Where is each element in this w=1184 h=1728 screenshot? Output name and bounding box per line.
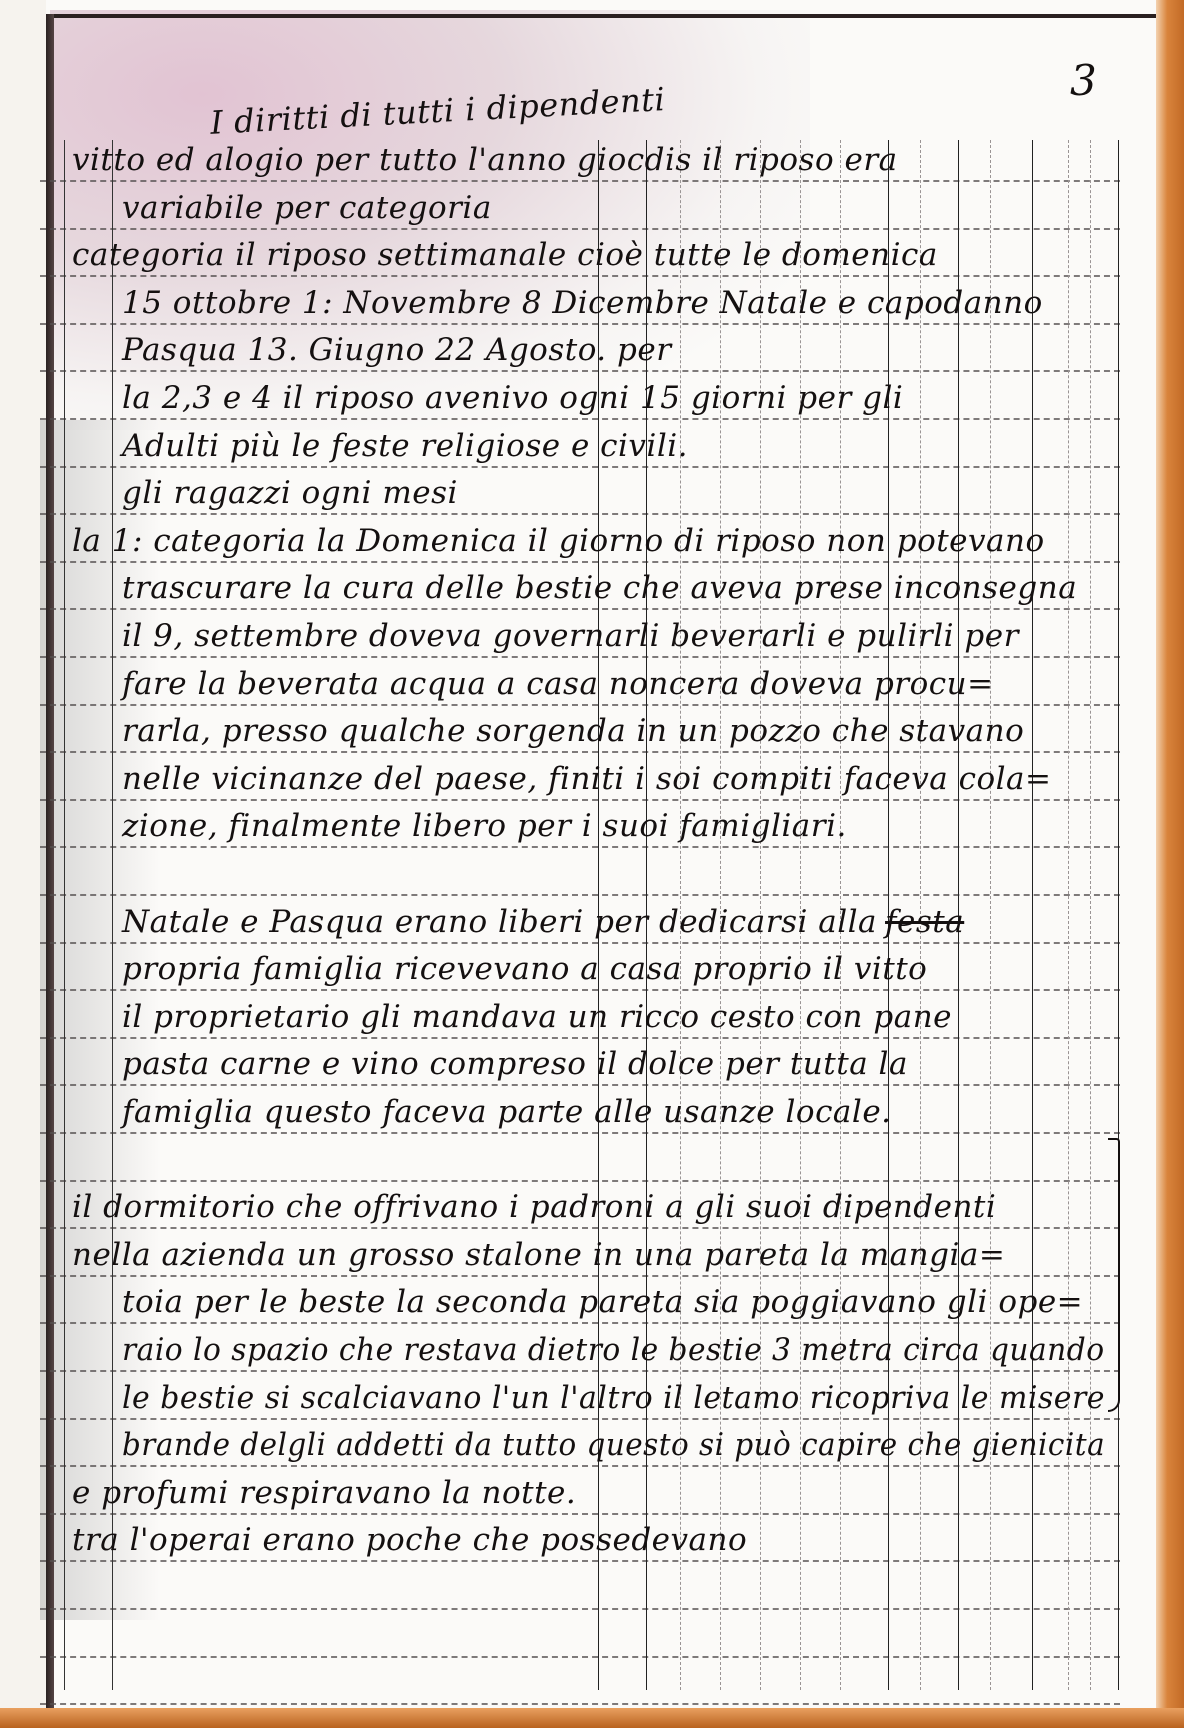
handwritten-line: gli ragazzi ogni mesi xyxy=(122,475,458,511)
line-text: vitto ed alogio per tutto l'anno giocdis… xyxy=(72,142,898,178)
handwritten-line: Natale e Pasqua erano liberi per dedicar… xyxy=(122,904,964,940)
line-text: categoria il riposo settimanale cioè tut… xyxy=(72,237,938,273)
handwritten-line: 15 ottobre 1: Novembre 8 Dicembre Natale… xyxy=(122,285,1043,321)
column-rule xyxy=(1118,140,1119,1690)
line-text: il 9, settembre doveva governarli bevera… xyxy=(122,618,1019,654)
handwritten-line: il dormitorio che offrivano i padroni a … xyxy=(72,1189,996,1225)
handwritten-line: il proprietario gli mandava un ricco ces… xyxy=(122,999,952,1035)
struck-word: festa xyxy=(885,904,964,940)
line-text: 15 ottobre 1: Novembre 8 Dicembre Natale… xyxy=(122,285,1043,321)
page-number: 3 xyxy=(1070,56,1097,105)
handwritten-line: vitto ed alogio per tutto l'anno giocdis… xyxy=(72,142,898,178)
line-text: gli ragazzi ogni mesi xyxy=(122,475,458,511)
line-text: fare la beverata acqua a casa noncera do… xyxy=(122,666,994,702)
notebook-page: 3 I diritti di tutti i dipendenti vitto … xyxy=(0,0,1156,1712)
line-text: la 1: categoria la Domenica il giorno di… xyxy=(72,523,1045,559)
line-text: rarla, presso qualche sorgenda in un poz… xyxy=(122,713,1024,749)
line-text: e profumi respiravano la notte. xyxy=(72,1475,576,1511)
top-border-rule xyxy=(46,14,1156,18)
line-text: nelle vicinanze del paese, finiti i soi … xyxy=(122,761,1052,797)
handwritten-line: raio lo spazio che restava dietro le bes… xyxy=(122,1332,1105,1368)
line-text: brande delgli addetti da tutto questo si… xyxy=(122,1427,1105,1463)
handwritten-line: zione, finalmente libero per i suoi fami… xyxy=(122,808,847,844)
handwritten-line: Adulti più le feste religiose e civili. xyxy=(122,428,688,464)
line-text: Adulti più le feste religiose e civili. xyxy=(122,428,688,464)
handwritten-line: la 1: categoria la Domenica il giorno di… xyxy=(72,523,1045,559)
binding-edge xyxy=(46,14,54,1712)
line-text: Natale e Pasqua erano liberi per dedicar… xyxy=(122,904,877,940)
line-text: la 2,3 e 4 il riposo avenivo ogni 15 gio… xyxy=(122,380,903,416)
handwritten-line: le bestie si scalciavano l'un l'altro il… xyxy=(122,1380,1105,1416)
handwritten-line: pasta carne e vino compreso il dolce per… xyxy=(122,1046,908,1082)
handwritten-line: categoria il riposo settimanale cioè tut… xyxy=(72,237,938,273)
adjacent-page-edge xyxy=(0,0,46,1712)
line-text: pasta carne e vino compreso il dolce per… xyxy=(122,1046,908,1082)
line-text: Pasqua 13. Giugno 22 Agosto. per xyxy=(122,332,672,368)
line-text: nella azienda un grosso stalone in una p… xyxy=(72,1237,1005,1273)
handwritten-line: famiglia questo faceva parte alle usanze… xyxy=(122,1094,892,1130)
handwritten-line: e profumi respiravano la notte. xyxy=(72,1475,576,1511)
line-text: zione, finalmente libero per i suoi fami… xyxy=(122,808,847,844)
handwritten-line: Pasqua 13. Giugno 22 Agosto. per xyxy=(122,332,672,368)
line-text: raio lo spazio che restava dietro le bes… xyxy=(122,1332,1105,1368)
background-surface xyxy=(1156,0,1184,1728)
line-text: trascurare la cura delle bestie che avev… xyxy=(122,570,1077,606)
handwritten-line: la 2,3 e 4 il riposo avenivo ogni 15 gio… xyxy=(122,380,903,416)
handwritten-line: nella azienda un grosso stalone in una p… xyxy=(72,1237,1005,1273)
handwritten-line: nelle vicinanze del paese, finiti i soi … xyxy=(122,761,1052,797)
line-text: le bestie si scalciavano l'un l'altro il… xyxy=(122,1380,1105,1416)
line-text: variabile per categoria xyxy=(122,190,492,226)
column-rule xyxy=(64,140,65,1690)
handwritten-line: trascurare la cura delle bestie che avev… xyxy=(122,570,1077,606)
handwritten-line: propria famiglia ricevevano a casa propr… xyxy=(122,951,927,987)
background-surface-bottom xyxy=(0,1708,1184,1728)
handwritten-line: variabile per categoria xyxy=(122,190,492,226)
margin-bracket xyxy=(1108,1138,1120,1412)
line-text: tra l'operai erano poche che possedevano xyxy=(72,1522,747,1558)
handwritten-line: rarla, presso qualche sorgenda in un poz… xyxy=(122,713,1024,749)
line-text: il dormitorio che offrivano i padroni a … xyxy=(72,1189,996,1225)
line-text: propria famiglia ricevevano a casa propr… xyxy=(122,951,927,987)
handwritten-line: fare la beverata acqua a casa noncera do… xyxy=(122,666,994,702)
handwritten-line: tra l'operai erano poche che possedevano xyxy=(72,1522,747,1558)
handwritten-line: brande delgli addetti da tutto questo si… xyxy=(122,1427,1105,1463)
handwritten-line: il 9, settembre doveva governarli bevera… xyxy=(122,618,1019,654)
column-rule xyxy=(112,140,113,1690)
ruled-line xyxy=(40,1703,1120,1705)
handwritten-line: toia per le beste la seconda pareta sia … xyxy=(122,1284,1083,1320)
line-text: il proprietario gli mandava un ricco ces… xyxy=(122,999,952,1035)
document-title: I diritti di tutti i dipendenti xyxy=(209,80,666,142)
line-text: famiglia questo faceva parte alle usanze… xyxy=(122,1094,892,1130)
line-text: toia per le beste la seconda pareta sia … xyxy=(122,1284,1083,1320)
